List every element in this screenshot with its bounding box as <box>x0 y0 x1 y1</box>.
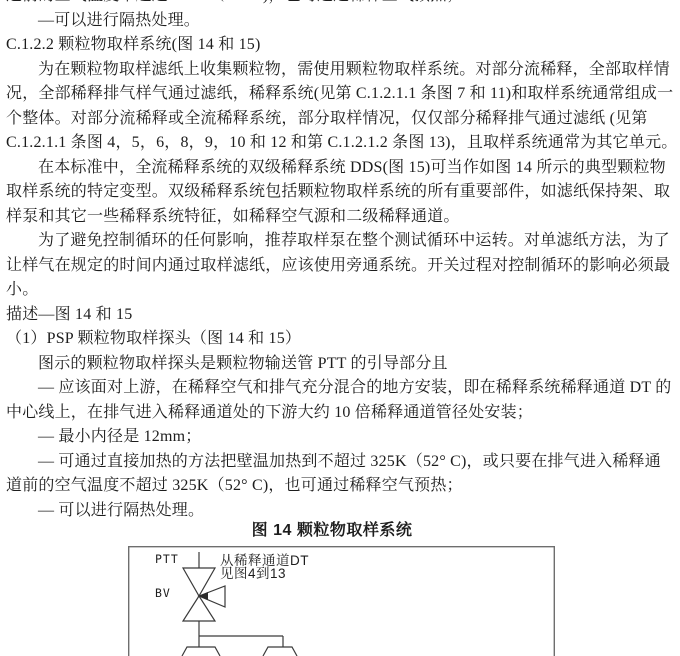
figure-border <box>129 547 555 656</box>
bullet-line: — 可以进行隔热处理。 <box>6 499 676 524</box>
paragraph-line: 道前的空气温度不超过 325K（52° C)，也可通过稀释空气预热； <box>6 474 676 499</box>
clipped-top-line: 道前的空气温度不超过 325K（52° C)，也可通过稀释空气预热； <box>6 0 676 9</box>
bullet-line: — 应该面对上游，在稀释空气和排气充分混合的地方安装，即在稀释系统稀释通道 DT… <box>6 376 676 401</box>
section-heading-c122: C.1.2.2 颗粒物取样系统(图 14 和 15) <box>6 33 676 58</box>
paragraph-line: 况，全部稀释排气样气通过滤纸，稀释系统(见第 C.1.2.1.1 条图 7 和 … <box>6 82 676 107</box>
item-heading-psp: （1）PSP 颗粒物取样探头（图 14 和 15） <box>6 327 676 352</box>
bullet-line: — 可通过直接加热的方法把壁温加热到不超过 325K（52° C)，或只要在排气… <box>6 450 676 475</box>
particulate-sampling-system-diagram: PTT BV 从稀释通道DT 见图4到13 <box>128 546 555 656</box>
label-ptt: PTT <box>155 552 179 566</box>
bullet-line: —可以进行隔热处理。 <box>6 9 676 34</box>
figure-14-diagram: PTT BV 从稀释通道DT 见图4到13 <box>128 546 555 656</box>
paragraph-line: 样泵和其它一些稀释系统特征，如稀释空气源和二级稀释通道。 <box>6 205 676 230</box>
paragraph-line: 小。 <box>6 278 676 303</box>
paragraph-line: 图示的颗粒物取样探头是颗粒物输送管 PTT 的引导部分且 <box>6 352 676 377</box>
bullet-line: — 最小内径是 12mm； <box>6 425 676 450</box>
document-page: 道前的空气温度不超过 325K（52° C)，也可通过稀释空气预热；—可以进行隔… <box>0 0 680 656</box>
document-text: 道前的空气温度不超过 325K（52° C)，也可通过稀释空气预热；—可以进行隔… <box>6 0 676 538</box>
paragraph-line: 个整体。对部分流稀释或全流稀释系统，部分取样情况，仅仅部分稀释排气通过滤纸 (见… <box>6 107 676 132</box>
label-bv: BV <box>155 586 171 600</box>
paragraph-line: C.1.2.1.1 条图 4，5，6，8，9，10 和 12 和第 C.1.2.… <box>6 131 676 156</box>
filter-holder-left-icon <box>182 647 220 656</box>
paragraph-line: 为了避免控制循环的任何影响，推荐取样泵在整个测试循环中运转。对单滤纸方法，为了 <box>6 229 676 254</box>
paragraph-line: 取样系统的特定变型。双级稀释系统包括颗粒物取样系统的所有重要部件，如滤纸保持架、… <box>6 180 676 205</box>
label-see-figures: 见图4到13 <box>220 566 286 581</box>
description-heading: 描述—图 14 和 15 <box>6 303 676 328</box>
paragraph-line: 在本标准中，全流稀释系统的双级稀释系统 DDS(图 15)可当作如图 14 所示… <box>6 156 676 181</box>
paragraph-line: 为在颗粒物取样滤纸上收集颗粒物，需使用颗粒物取样系统。对部分流稀释，全部取样情 <box>6 58 676 83</box>
filter-holder-right-icon <box>263 647 297 656</box>
figure-caption: 图 14 颗粒物取样系统 <box>0 523 676 538</box>
paragraph-line: 让样气在规定的时间内通过取样滤纸，应该使用旁通系统。开关过程对控制循环的影响必须… <box>6 254 676 279</box>
paragraph-line: 中心线上，在排气进入稀释通道处的下游大约 10 倍稀释通道管径处安装； <box>6 401 676 426</box>
